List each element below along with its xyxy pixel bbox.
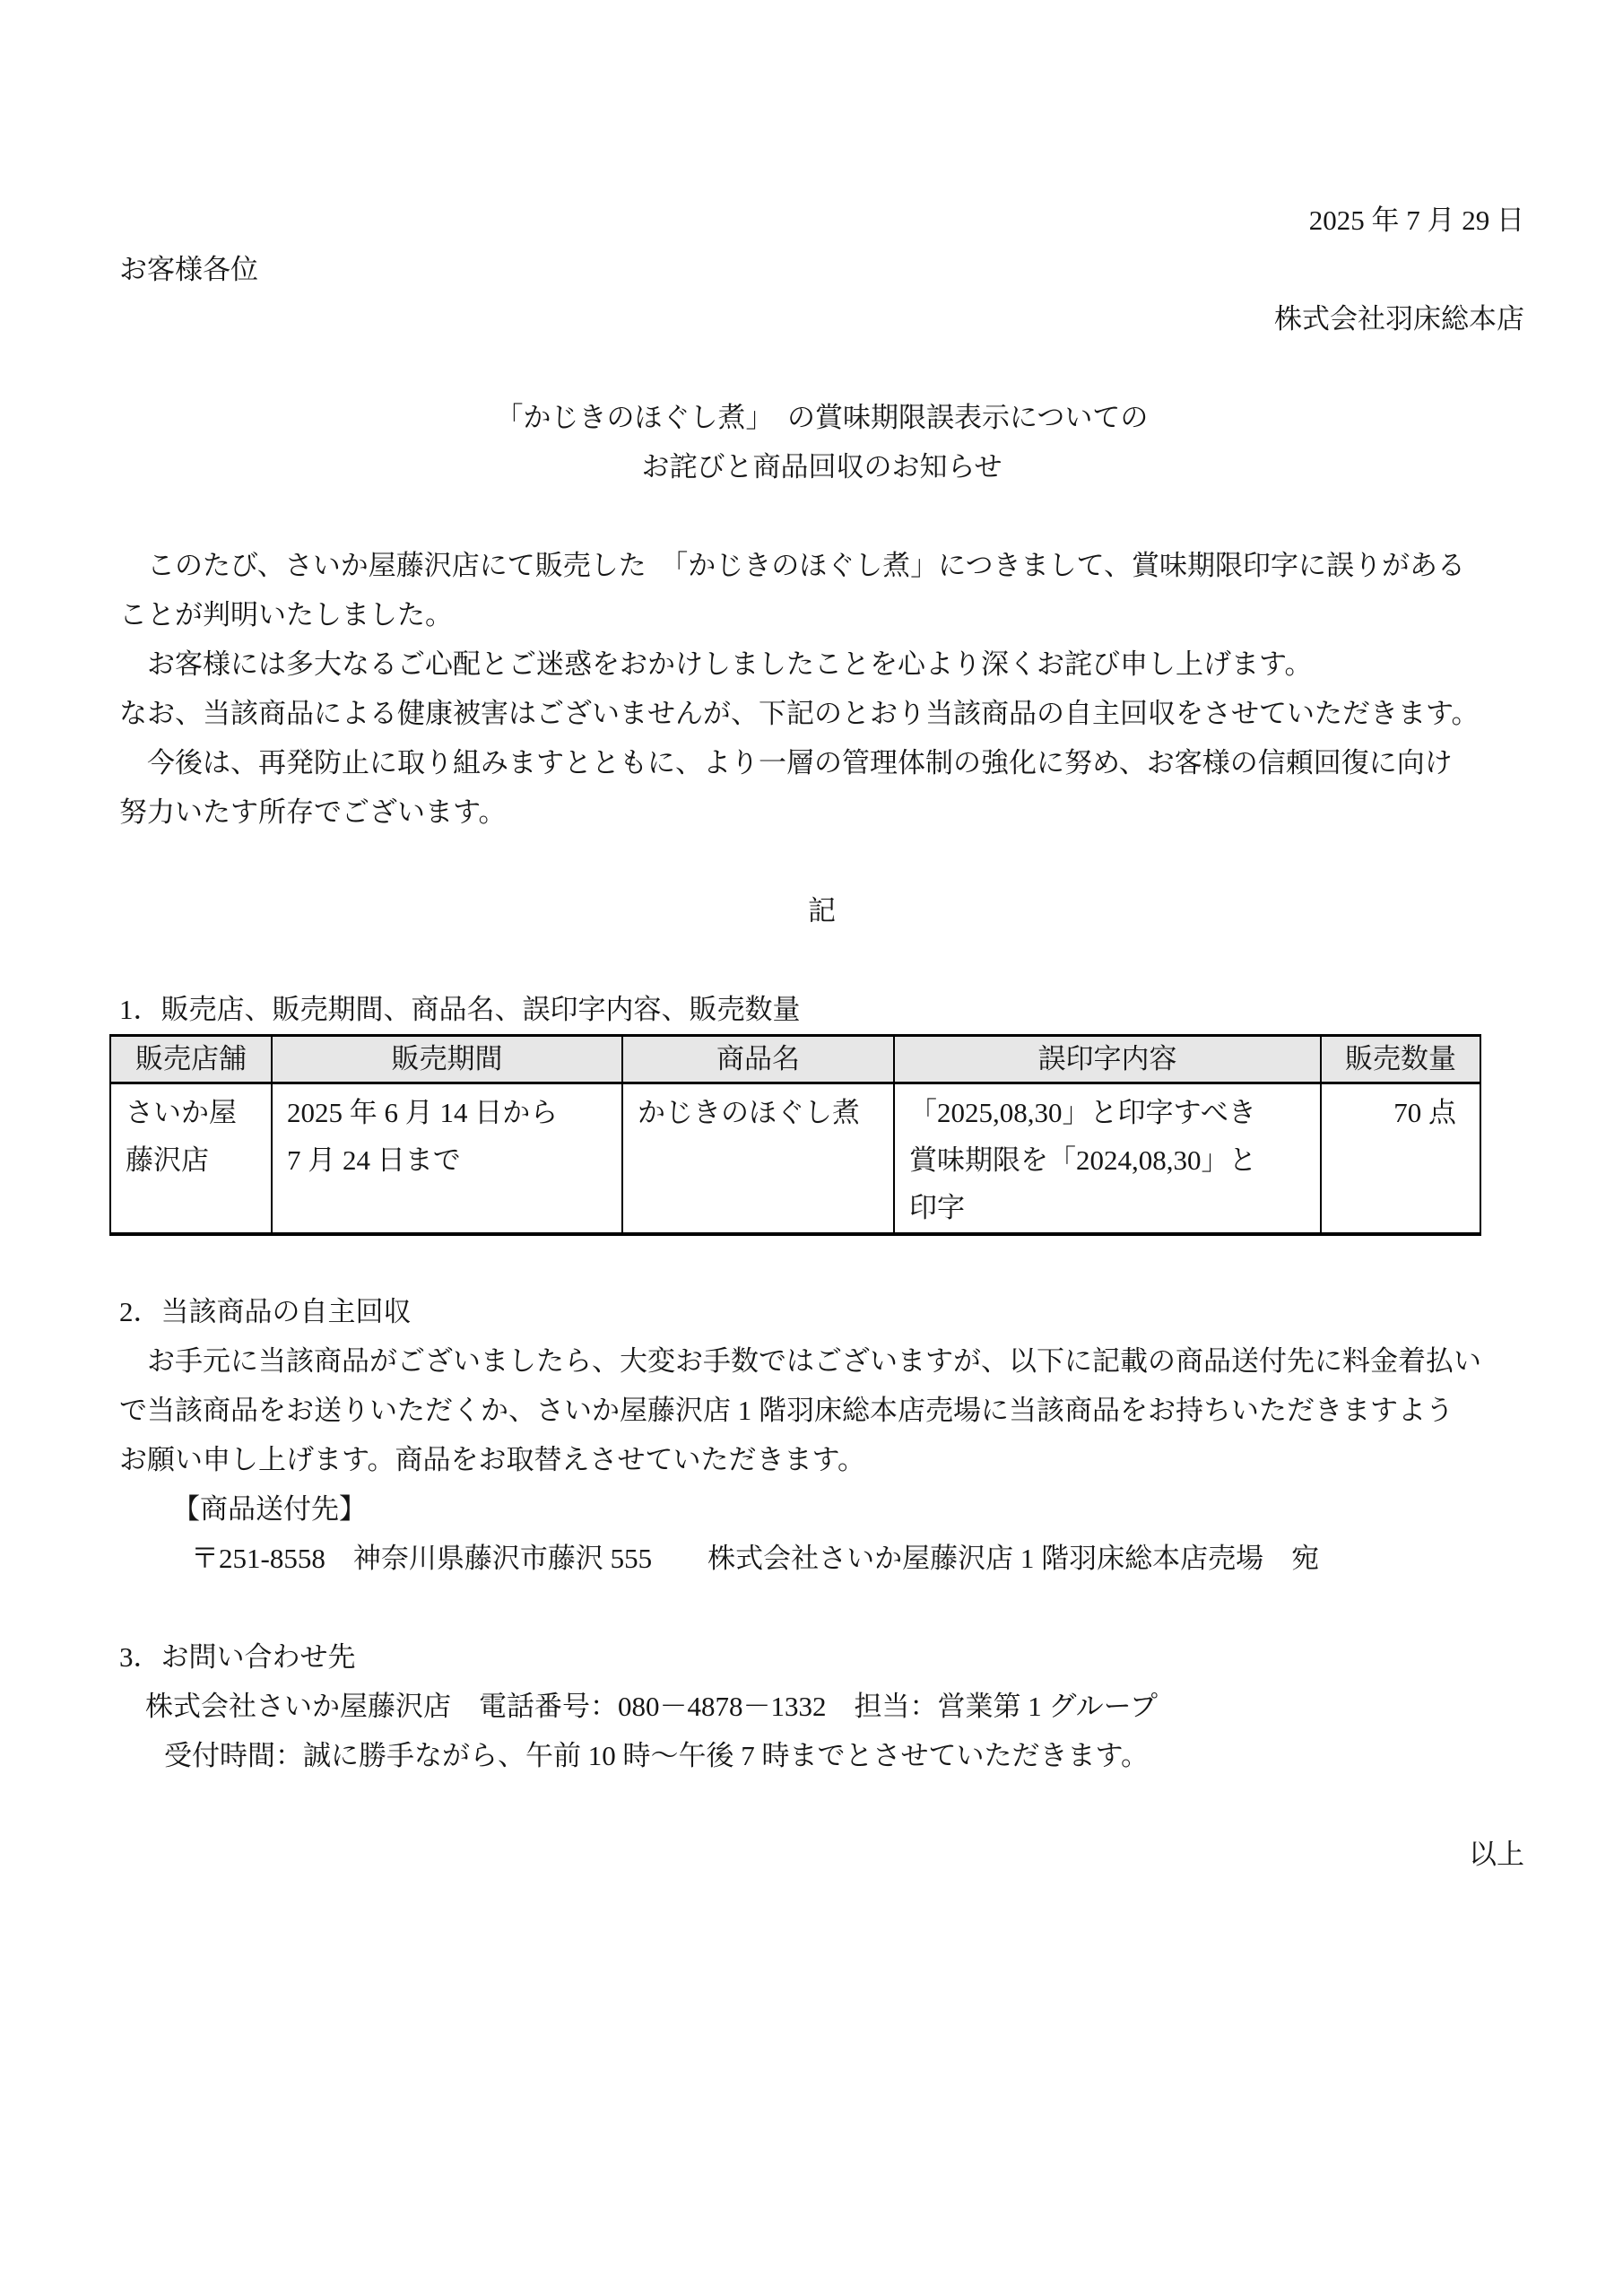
section2-body-line-3: お願い申し上げます。商品をお取替えさせていただきます。: [119, 1435, 1524, 1484]
intro-line-3: お客様には多大なるご心配とご迷惑をおかけしましたことを心より深くお詫び申し上げま…: [119, 639, 1524, 689]
document-page: 2025 年 7 月 29 日 お客様各位 株式会社羽床総本店 「かじきのほぐし…: [0, 0, 1623, 2296]
table-header-period: 販売期間: [272, 1036, 622, 1083]
intro-line-4: なお、当該商品による健康被害はございませんが、下記のとおり当該商品の自主回収をさ…: [119, 689, 1524, 738]
section1-heading: 1．販売店、販売期間、商品名、誤印字内容、販売数量: [119, 985, 1524, 1034]
spacer: [119, 935, 1524, 985]
spacer: [119, 837, 1524, 886]
table-header-row: 販売店舗 販売期間 商品名 誤印字内容 販売数量: [110, 1036, 1480, 1083]
table-cell-misprint: 「2025,08,30」と印字すべき 賞味期限を「2024,08,30」と 印字: [894, 1083, 1321, 1235]
spacer: [119, 1583, 1524, 1632]
table-cell-quantity: 70 点: [1321, 1083, 1480, 1235]
table-header-misprint: 誤印字内容: [894, 1036, 1321, 1083]
closing-text: 以上: [119, 1830, 1524, 1879]
table-cell-period: 2025 年 6 月 14 日から 7 月 24 日まで: [272, 1083, 622, 1235]
table-header-product: 商品名: [622, 1036, 894, 1083]
intro-line-1: このたび、さいか屋藤沢店にて販売した 「かじきのほぐし煮」につきまして、賞味期限…: [119, 541, 1524, 590]
notation-mark: 記: [119, 886, 1524, 935]
product-sendto-address: 〒251-8558 神奈川県藤沢市藤沢 555 株式会社さいか屋藤沢店 1 階羽…: [119, 1534, 1524, 1583]
notice-title-line-1: 「かじきのほぐし煮」 の賞味期限誤表示についての: [119, 393, 1524, 442]
table-header-quantity: 販売数量: [1321, 1036, 1480, 1083]
intro-line-6: 努力いたす所存でございます。: [119, 787, 1524, 837]
product-sendto-label: 【商品送付先】: [119, 1484, 1524, 1534]
section3-heading: 3．お問い合わせ先: [119, 1632, 1524, 1682]
intro-line-5: 今後は、再発防止に取り組みますとともに、より一層の管理体制の強化に努め、お客様の…: [119, 738, 1524, 787]
table-header-store: 販売店舗: [110, 1036, 272, 1083]
section2: 2．当該商品の自主回収 お手元に当該商品がございましたら、大変お手数ではございま…: [119, 1287, 1524, 1879]
table-row: さいか屋 藤沢店 2025 年 6 月 14 日から 7 月 24 日まで かじ…: [110, 1083, 1480, 1235]
intro-line-2: ことが判明いたしました。: [119, 590, 1524, 639]
contact-info-line: 株式会社さいか屋藤沢店 電話番号：080－4878－1332 担当：営業第 1 …: [119, 1682, 1524, 1731]
section2-body-line-1: お手元に当該商品がございましたら、大変お手数ではございますが、以下に記載の商品送…: [119, 1336, 1524, 1386]
table-cell-store: さいか屋 藤沢店: [110, 1083, 272, 1235]
section2-body-line-2: で当該商品をお送りいただくか、さいか屋藤沢店 1 階羽床総本店売場に当該商品をお…: [119, 1386, 1524, 1435]
reception-hours-line: 受付時間：誠に勝手ながら、午前 10 時～午後 7 時までとさせていただきます。: [119, 1731, 1524, 1780]
notice-title-line-2: お詫びと商品回収のお知らせ: [119, 442, 1524, 491]
recall-table: 販売店舗 販売期間 商品名 誤印字内容 販売数量 さいか屋 藤沢店 2025 年…: [109, 1034, 1481, 1236]
section2-heading: 2．当該商品の自主回収: [119, 1287, 1524, 1336]
date-text: 2025 年 7 月 29 日: [119, 196, 1524, 245]
issuer-name: 株式会社羽床総本店: [119, 294, 1524, 344]
table-cell-product: かじきのほぐし煮: [622, 1083, 894, 1235]
recipient-text: お客様各位: [119, 245, 1524, 294]
spacer: [119, 344, 1524, 393]
spacer: [119, 491, 1524, 541]
document-content: 2025 年 7 月 29 日 お客様各位 株式会社羽床総本店 「かじきのほぐし…: [0, 0, 1623, 1879]
spacer: [119, 1780, 1524, 1830]
